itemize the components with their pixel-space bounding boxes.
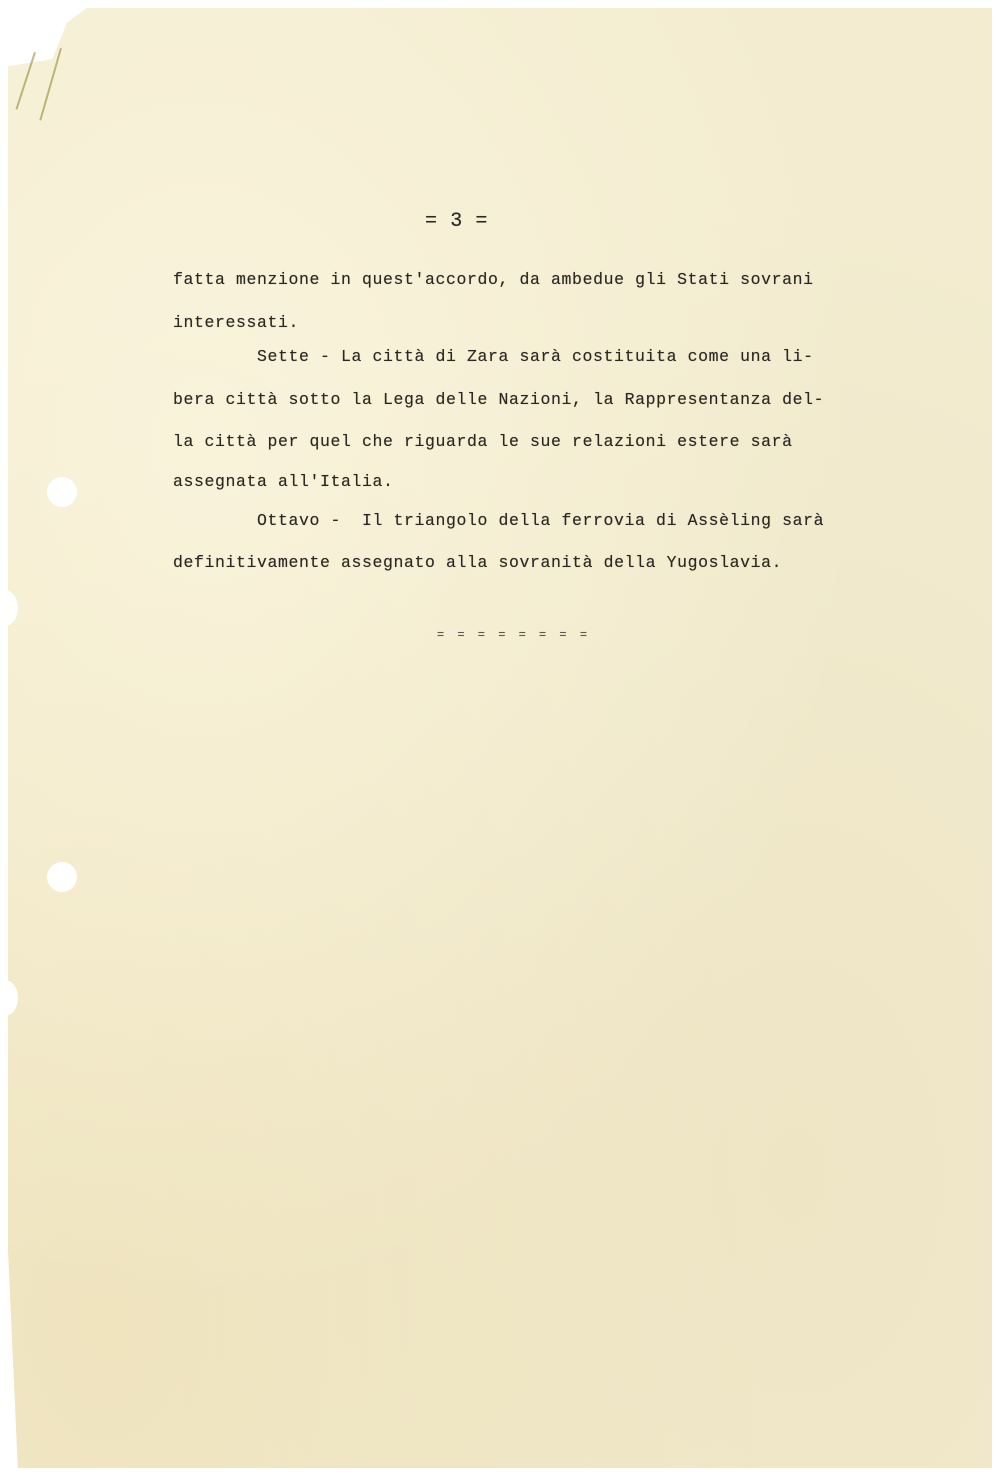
- text-line: fatta menzione in quest'accordo, da ambe…: [173, 270, 814, 289]
- paragraph-sette: Sette - La città di Zara sarà costituita…: [257, 347, 814, 366]
- closing-rule: = = = = = = = =: [437, 628, 590, 642]
- text-line: assegnata all'Italia.: [173, 472, 394, 491]
- punch-hole: [47, 477, 77, 507]
- paragraph-ottavo: Ottavo - Il triangolo della ferrovia di …: [257, 511, 824, 530]
- text-line: interessati.: [173, 313, 299, 332]
- page-number: = 3 =: [425, 210, 488, 233]
- document-page: [8, 8, 992, 1468]
- text-line: bera città sotto la Lega delle Nazioni, …: [173, 390, 824, 409]
- text-line: definitivamente assegnato alla sovranità…: [173, 553, 782, 572]
- punch-hole: [47, 862, 77, 892]
- text-line: la città per quel che riguarda le sue re…: [173, 432, 793, 451]
